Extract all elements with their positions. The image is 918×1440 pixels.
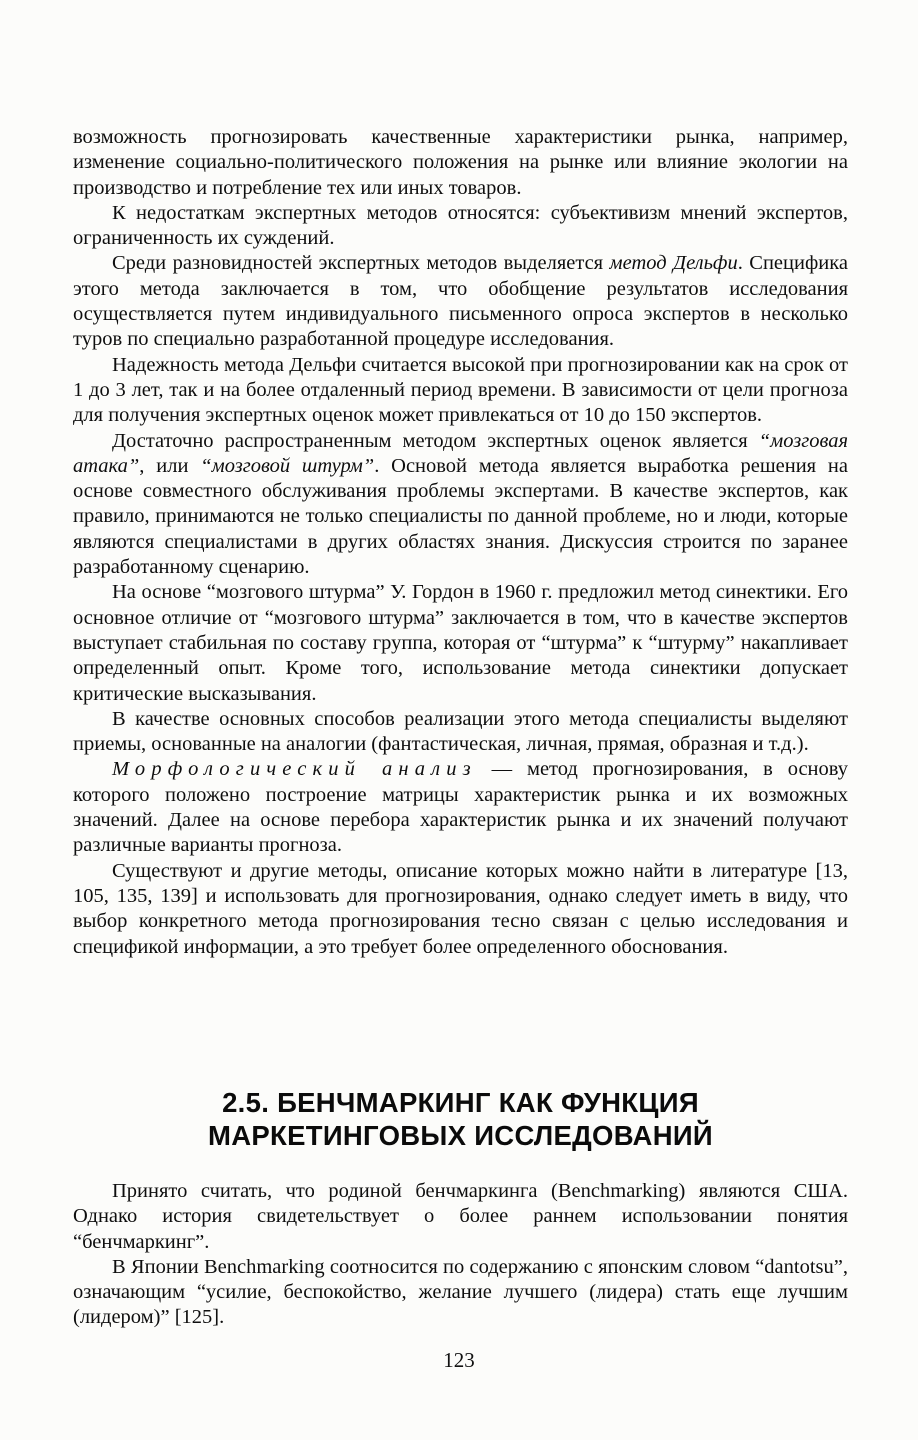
paragraph: возможность прогнозировать качественные …	[73, 125, 848, 201]
paragraph: К недостаткам экспертных методов относят…	[73, 201, 848, 252]
paragraph: Существуют и другие методы, описание кот…	[73, 859, 848, 960]
text-run: “мозговой штурм”	[200, 455, 374, 477]
text-run: возможность прогнозировать качественные …	[73, 126, 848, 199]
text-run: На основе “мозгового штурма” У. Гордон в…	[73, 581, 848, 704]
paragraph: В Японии Benchmarking соотносится по сод…	[73, 1255, 848, 1331]
text-run: Надежность метода Дельфи считается высок…	[73, 354, 848, 427]
section-heading-line2: МАРКЕТИНГОВЫХ ИССЛЕДОВАНИЙ	[208, 1120, 713, 1151]
page-number: 123	[0, 1348, 918, 1373]
text-run: , или	[139, 455, 200, 477]
text-run: Морфологический анализ	[112, 758, 477, 780]
body-text: возможность прогнозировать качественные …	[73, 125, 848, 960]
text-run: К недостаткам экспертных методов относят…	[73, 202, 848, 249]
text-run: Достаточно распространенным методом эксп…	[112, 430, 759, 452]
text-run: Принято считать, что родиной бенчмаркинг…	[73, 1180, 848, 1253]
paragraph: Достаточно распространенным методом эксп…	[73, 429, 848, 581]
paragraph: Морфологический анализ — метод прогнозир…	[73, 757, 848, 858]
book-page: возможность прогнозировать качественные …	[0, 0, 918, 1440]
paragraph: Принято считать, что родиной бенчмаркинг…	[73, 1179, 848, 1255]
section-heading: 2.5. БЕНЧМАРКИНГ КАК ФУНКЦИЯ МАРКЕТИНГОВ…	[73, 1086, 848, 1152]
paragraph: Среди разновидностей экспертных методов …	[73, 251, 848, 352]
text-run: Среди разновидностей экспертных методов …	[112, 252, 610, 274]
section-heading-line1: 2.5. БЕНЧМАРКИНГ КАК ФУНКЦИЯ	[222, 1087, 699, 1118]
text-run: В Японии Benchmarking соотносится по сод…	[73, 1256, 848, 1329]
section-benchmarking: 2.5. БЕНЧМАРКИНГ КАК ФУНКЦИЯ МАРКЕТИНГОВ…	[73, 1086, 848, 1331]
text-run: В качестве основных способов реализации …	[73, 708, 848, 755]
text-run: Существуют и другие методы, описание кот…	[73, 860, 848, 958]
section-text: Принято считать, что родиной бенчмаркинг…	[73, 1179, 848, 1331]
text-run: метод Дельфи	[610, 252, 738, 274]
paragraph: В качестве основных способов реализации …	[73, 707, 848, 758]
paragraph: Надежность метода Дельфи считается высок…	[73, 353, 848, 429]
paragraph: На основе “мозгового штурма” У. Гордон в…	[73, 580, 848, 706]
